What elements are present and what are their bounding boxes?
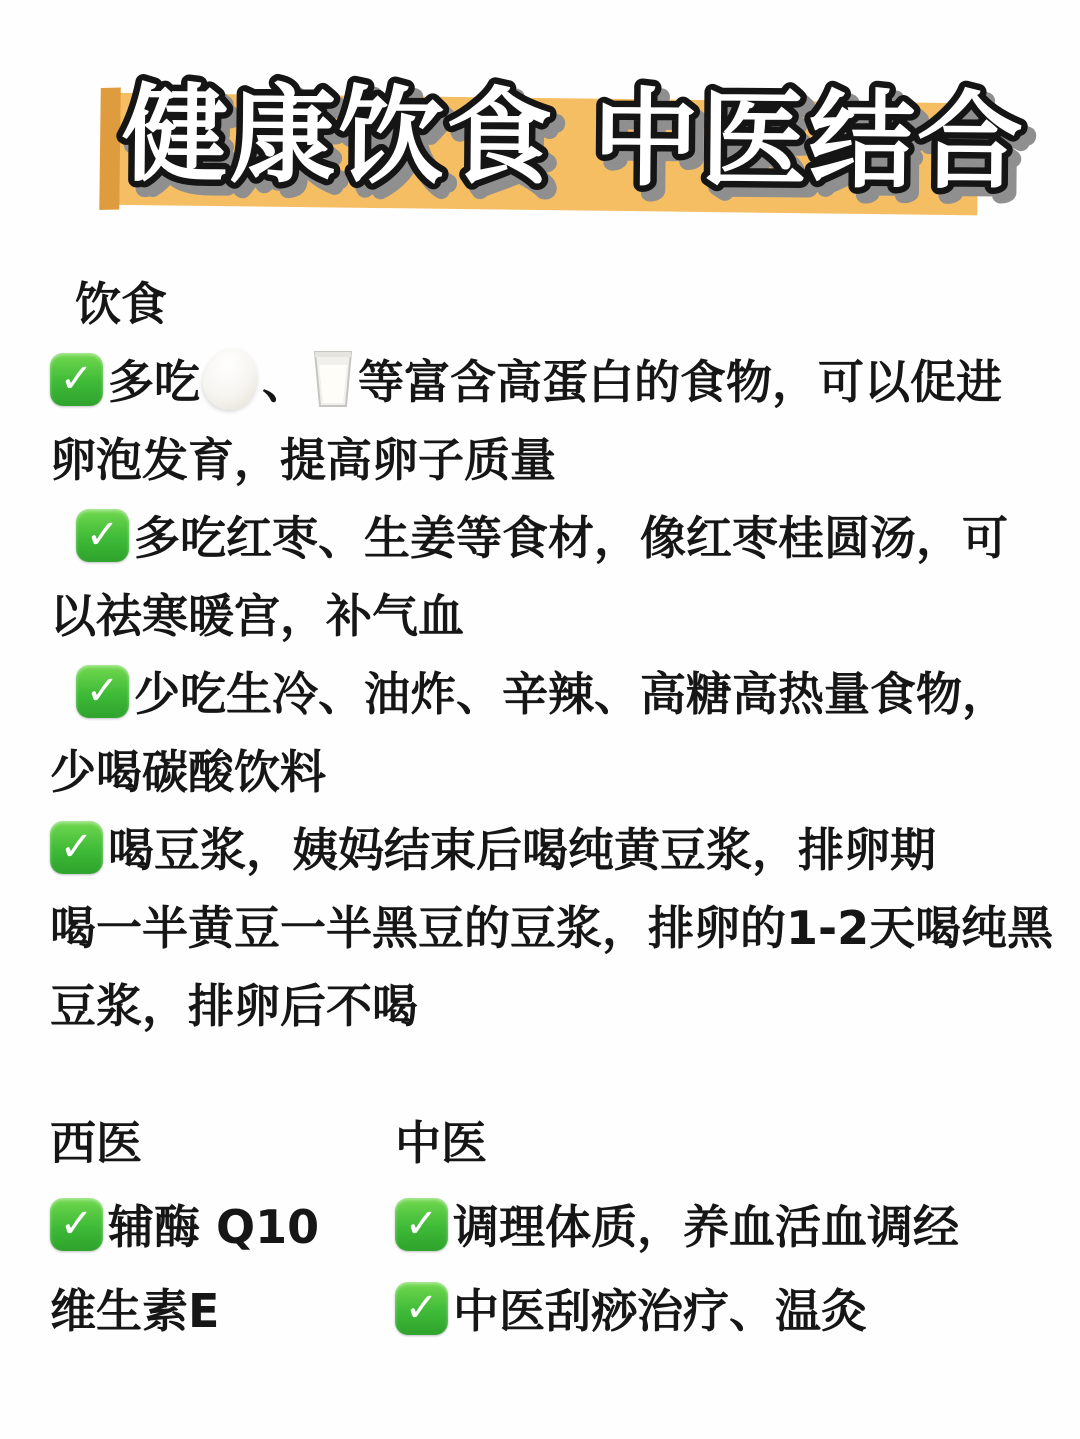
diet-item-1-text-pre: 多吃 <box>108 346 200 412</box>
diet-item-2-text-line1: 多吃红枣、生姜等食材，像红枣桂圆汤，可 <box>134 502 1008 568</box>
infographic-page: 健康饮食 中医结合 健康饮食 中医结合 饮食 ✓ 多吃 、 等富含高蛋白的食物，… <box>0 0 1080 1439</box>
section-diet: 饮食 ✓ 多吃 、 等富含高蛋白的食物，可以促进 卵泡发育，提高卵子质量 ✓ 多… <box>50 262 1050 1042</box>
tcm-item-2-text: 中医刮痧治疗、温灸 <box>453 1275 867 1341</box>
diet-item-3-text-line2: 少喝碳酸饮料 <box>50 736 326 802</box>
tcm-header: 中医 <box>395 1098 1050 1182</box>
check-icon: ✓ <box>50 821 103 874</box>
milk-glass-icon <box>312 350 354 408</box>
diet-item-2-text-line2: 以祛寒暖宫，补气血 <box>50 580 464 646</box>
diet-item-4-text-line2: 喝一半黄豆一半黑豆的豆浆，排卵的1-2天喝纯黑 <box>50 892 1053 958</box>
check-icon: ✓ <box>50 353 103 406</box>
diet-item-3-line-1: ✓ 少吃生冷、油炸、辛辣、高糖高热量食物， <box>50 652 1050 730</box>
diet-item-3-line-2: 少喝碳酸饮料 <box>50 730 1050 808</box>
check-icon: ✓ <box>395 1198 448 1251</box>
diet-item-1-text-line2: 卵泡发育，提高卵子质量 <box>50 424 556 490</box>
diet-item-1-line-1: ✓ 多吃 、 等富含高蛋白的食物，可以促进 <box>50 340 1050 418</box>
page-title: 健康饮食 中医结合 健康饮食 中医结合 <box>111 38 1073 231</box>
medicine-columns: 西医 ✓ 辅酶 Q10 维生素E 中医 ✓ 调理体质，养血活血调经 ✓ 中医刮痧… <box>50 1098 1050 1350</box>
diet-item-2-line-1: ✓ 多吃红枣、生姜等食材，像红枣桂圆汤，可 <box>50 496 1050 574</box>
tcm-item-1-text: 调理体质，养血活血调经 <box>453 1191 959 1257</box>
diet-item-4-line-3: 豆浆，排卵后不喝 <box>50 964 1050 1042</box>
diet-item-4-text-line3: 豆浆，排卵后不喝 <box>50 970 418 1036</box>
diet-item-2-line-2: 以祛寒暖宫，补气血 <box>50 574 1050 652</box>
tcm-column: 中医 ✓ 调理体质，养血活血调经 ✓ 中医刮痧治疗、温灸 <box>395 1098 1050 1350</box>
western-item-2-text: 维生素E <box>50 1275 219 1341</box>
check-icon: ✓ <box>50 1198 103 1251</box>
western-item-2: 维生素E <box>50 1266 395 1350</box>
diet-item-4-text-line1: 喝豆浆，姨妈结束后喝纯黄豆浆，排卵期 <box>108 814 936 880</box>
check-icon: ✓ <box>395 1282 448 1335</box>
western-item-1-text: 辅酶 Q10 <box>108 1191 319 1257</box>
page-title-text: 健康饮食 中医结合 <box>121 73 1025 204</box>
diet-item-1-text-post: 等富含高蛋白的食物，可以促进 <box>358 346 1002 412</box>
diet-item-4-line-2: 喝一半黄豆一半黑豆的豆浆，排卵的1-2天喝纯黑 <box>50 886 1050 964</box>
western-medicine-header: 西医 <box>50 1098 395 1182</box>
tcm-item-1: ✓ 调理体质，养血活血调经 <box>395 1182 1050 1266</box>
western-medicine-column: 西医 ✓ 辅酶 Q10 维生素E <box>50 1098 395 1350</box>
check-icon: ✓ <box>76 509 129 562</box>
tcm-item-2: ✓ 中医刮痧治疗、温灸 <box>395 1266 1050 1350</box>
diet-item-3-text-line1: 少吃生冷、油炸、辛辣、高糖高热量食物， <box>134 658 1008 724</box>
egg-icon <box>196 341 267 417</box>
diet-item-1-line-2: 卵泡发育，提高卵子质量 <box>50 418 1050 496</box>
diet-item-4-line-1: ✓ 喝豆浆，姨妈结束后喝纯黄豆浆，排卵期 <box>50 808 1050 886</box>
check-icon: ✓ <box>76 665 129 718</box>
diet-section-header: 饮食 <box>50 262 1050 340</box>
diet-item-1-text-mid: 、 <box>262 346 308 412</box>
western-item-1: ✓ 辅酶 Q10 <box>50 1182 395 1266</box>
